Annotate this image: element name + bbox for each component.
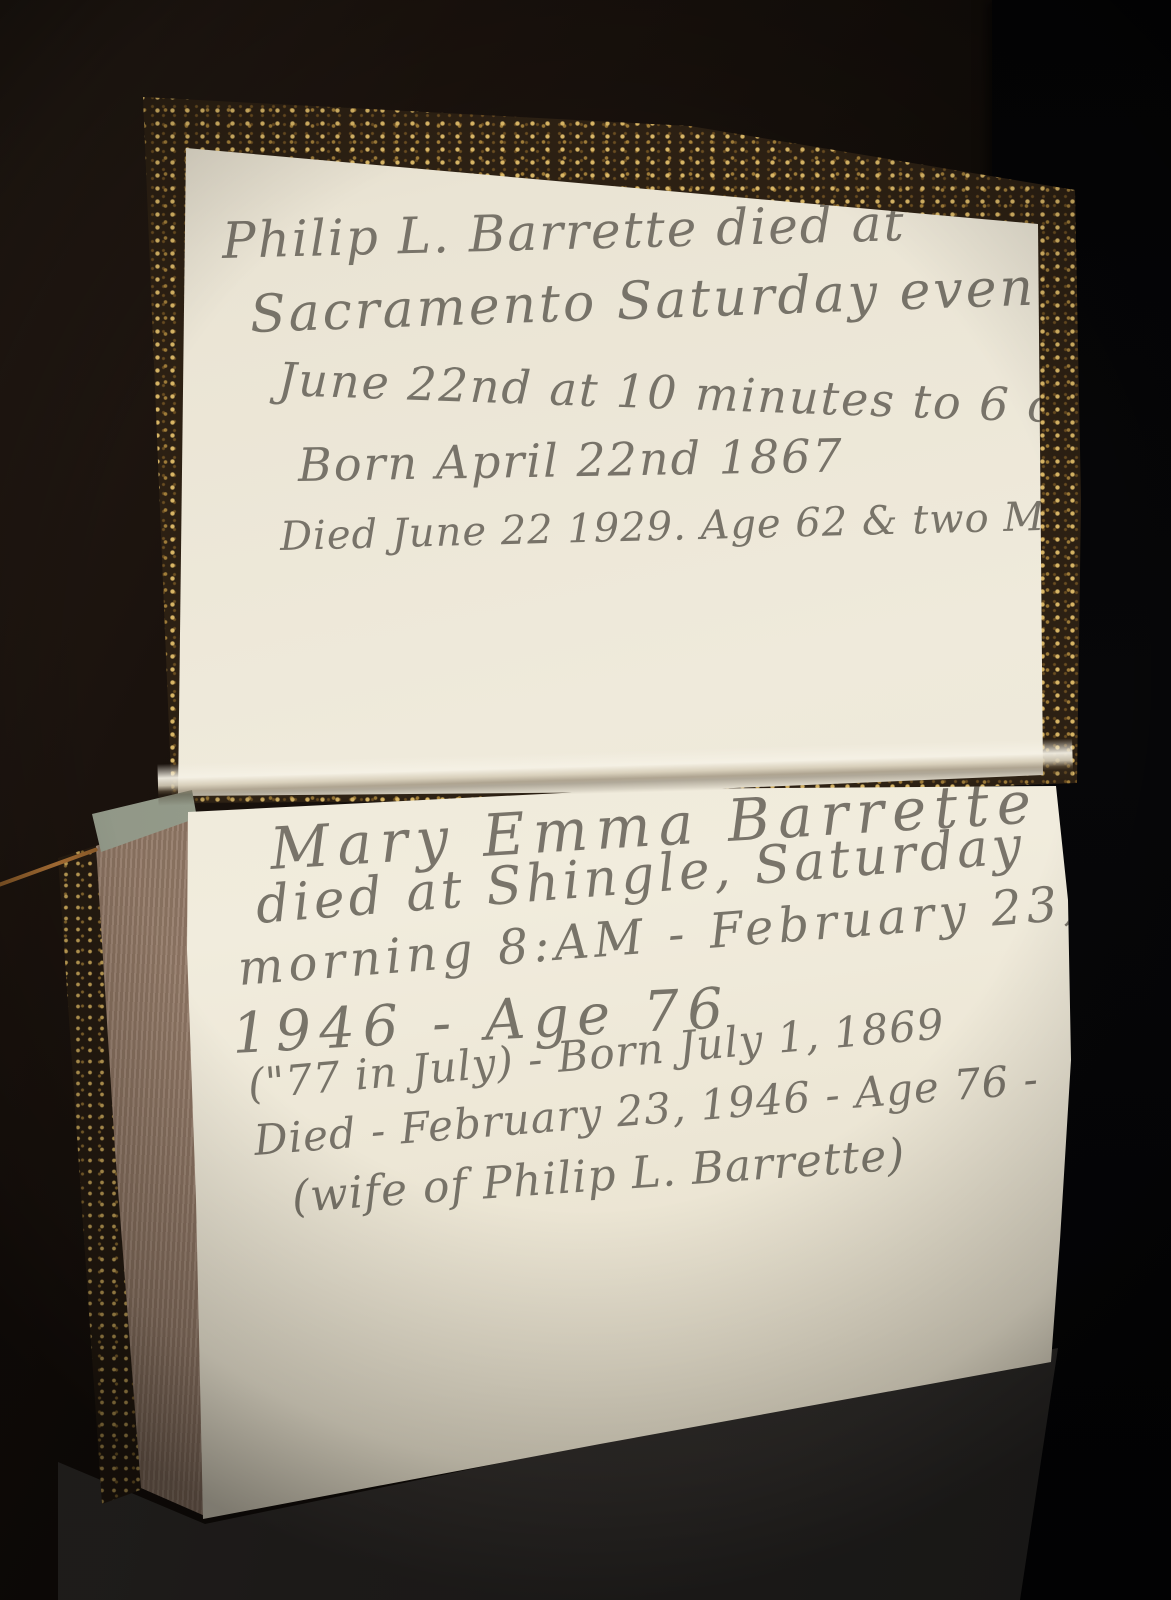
photo-of-open-book: Philip L. Barrette died at Sacramento Sa… bbox=[0, 0, 1171, 1600]
handwriting-line: June 22nd at 10 minutes to 6 o'c bbox=[277, 352, 1100, 435]
handwriting-line: Philip L. Barrette died at bbox=[221, 194, 906, 270]
handwriting-line: Born April 22nd 1867 bbox=[298, 428, 845, 492]
handwriting-line: Died June 22 1929. Age 62 & two Mon. bbox=[279, 492, 1111, 560]
handwriting-line: Sacramento Saturday evening bbox=[249, 254, 1129, 345]
